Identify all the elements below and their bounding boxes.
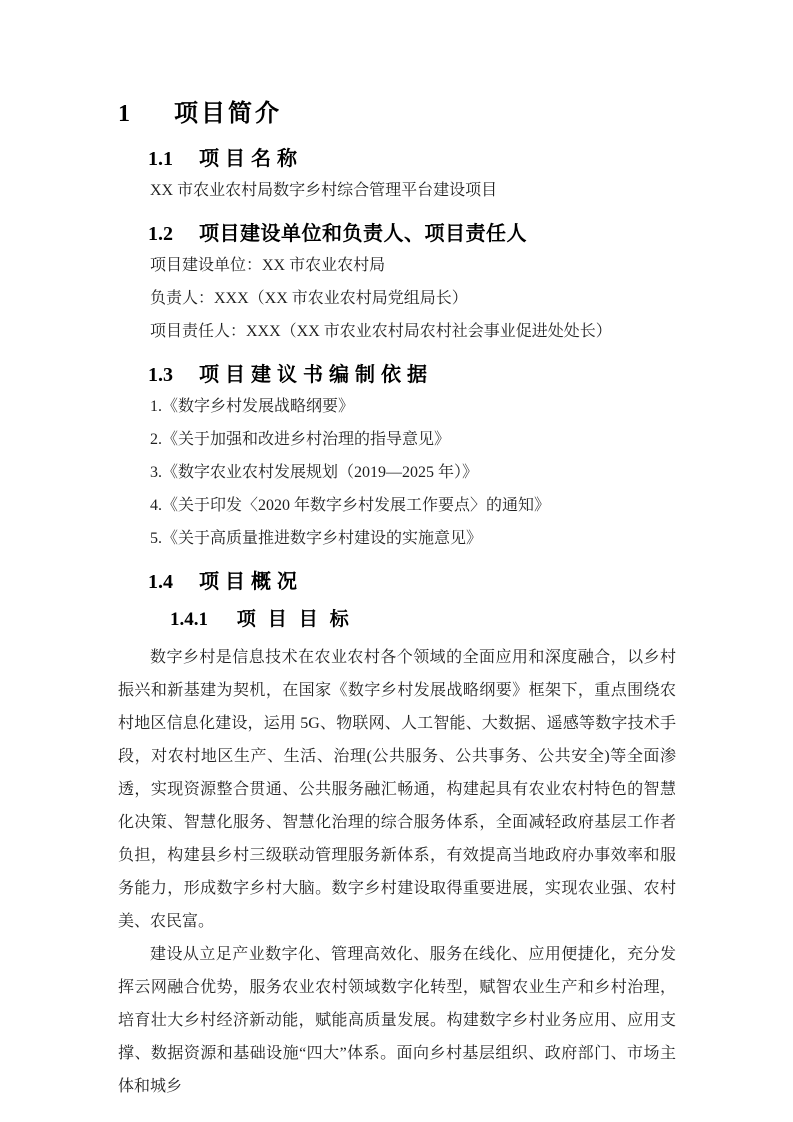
document-page: 1 项目简介 1.1 项目名称 XX 市农业农村局数字乡村综合管理平台建设项目 … (0, 0, 793, 1122)
section-1-3-title: 项目建议书编制依据 (199, 364, 433, 386)
basis-item-4: 4.《关于印发〈2020 年数字乡村发展工作要点〉的通知》 (118, 489, 676, 522)
heading-section-1-4: 1.4 项目概况 (118, 567, 676, 597)
basis-item-5: 5.《关于高质量推进数字乡村建设的实施意见》 (118, 522, 676, 555)
section-1-4-1-title: 项目目标 (237, 609, 361, 630)
leader-line: 负责人：XXX（XX 市农业农村局党组局长） (118, 282, 676, 315)
heading-section-1-1: 1.1 项目名称 (118, 144, 676, 174)
chapter-number: 1 (118, 96, 168, 132)
goal-paragraph-2: 建设从立足产业数字化、管理高效化、服务在线化、应用便捷化，充分发挥云网融合优势，… (118, 938, 676, 1103)
chapter-title: 项目简介 (174, 101, 282, 127)
heading-section-1-4-1: 1.4.1 项目目标 (118, 605, 676, 635)
builder-unit-line: 项目建设单位：XX 市农业农村局 (118, 249, 676, 282)
section-1-4-title: 项目概况 (199, 571, 303, 593)
section-1-2-title: 项目建设单位和负责人、项目责任人 (199, 223, 527, 245)
section-1-1-title: 项目名称 (199, 148, 303, 170)
heading-section-1-2: 1.2 项目建设单位和负责人、项目责任人 (118, 219, 676, 249)
basis-item-2: 2.《关于加强和改进乡村治理的指导意见》 (118, 423, 676, 456)
goal-paragraph-1: 数字乡村是信息技术在农业农村各个领域的全面应用和深度融合，以乡村振兴和新基建为契… (118, 641, 676, 938)
section-1-3-number: 1.3 (148, 360, 194, 390)
responsible-person-line: 项目责任人：XXX（XX 市农业农村局农村社会事业促进处处长） (118, 315, 676, 348)
section-1-4-1-number: 1.4.1 (170, 605, 232, 635)
basis-item-3: 3.《数字农业农村发展规划（2019—2025 年）》 (118, 456, 676, 489)
heading-chapter: 1 项目简介 (118, 96, 676, 132)
basis-item-1: 1.《数字乡村发展战略纲要》 (118, 390, 676, 423)
section-1-1-number: 1.1 (148, 144, 194, 174)
project-name-line: XX 市农业农村局数字乡村综合管理平台建设项目 (118, 174, 676, 207)
section-1-4-number: 1.4 (148, 567, 194, 597)
heading-section-1-3: 1.3 项目建议书编制依据 (118, 360, 676, 390)
section-1-2-number: 1.2 (148, 219, 194, 249)
